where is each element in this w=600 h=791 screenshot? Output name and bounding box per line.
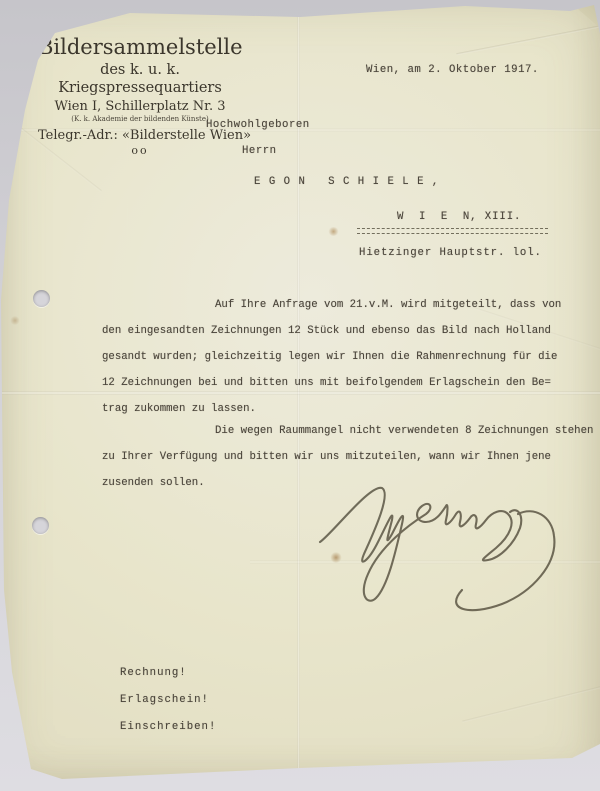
photograph-of-letter: Bildersammelstelle des k. u. k. Kriegspr… — [0, 0, 600, 791]
paper-crease — [462, 679, 600, 722]
body-paragraph-1: Auf Ihre Anfrage vom 21.v.M. wird mitget… — [102, 292, 572, 422]
handwritten-signature — [318, 462, 588, 622]
paper-stain — [10, 316, 20, 325]
letterhead-telegram-mark: oo — [38, 145, 242, 157]
enclosure-item: Erlagschein! — [120, 687, 216, 714]
enclosure-item: Einschreiben! — [120, 714, 216, 741]
letter-paper: Bildersammelstelle des k. u. k. Kriegspr… — [0, 0, 600, 791]
recipient-honorific: Hochwohlgeboren — [206, 119, 310, 131]
enclosure-item: Rechnung! — [120, 660, 216, 687]
paper-crease — [456, 23, 600, 55]
body-line: den eingesandten Zeichnungen 12 Stück un… — [102, 318, 572, 344]
letterhead-address: Wien I, Schillerplatz Nr. 3 — [38, 99, 242, 114]
recipient-salutation: Herrn — [242, 145, 277, 157]
enclosure-list: Rechnung! Erlagschein! Einschreiben! — [120, 660, 216, 741]
folded-corner — [572, 4, 600, 28]
punch-hole — [32, 517, 49, 534]
letterhead-organization-name: Bildersammelstelle — [38, 35, 242, 59]
paper-stain — [328, 227, 339, 236]
body-line: 12 Zeichnungen bei und bitten uns mit be… — [102, 370, 572, 396]
punch-hole — [33, 290, 50, 307]
body-line: Auf Ihre Anfrage vom 21.v.M. wird mitget… — [102, 292, 572, 318]
recipient-street: Hietzinger Hauptstr. lol. — [359, 247, 542, 259]
body-line: gesandt wurden; gleichzeitig legen wir I… — [102, 344, 572, 370]
city-underline — [357, 228, 548, 234]
recipient-name: E G O N S C H I E L E , — [254, 176, 439, 188]
recipient-city: W I E N, XIII. — [397, 211, 521, 223]
body-line: Die wegen Raummangel nicht verwendeten 8… — [102, 418, 572, 444]
letterhead-organization-sub: des k. u. k. Kriegspressequartiers — [38, 61, 242, 97]
letterhead: Bildersammelstelle des k. u. k. Kriegspr… — [38, 35, 242, 157]
dateline: Wien, am 2. Oktober 1917. — [366, 64, 539, 76]
